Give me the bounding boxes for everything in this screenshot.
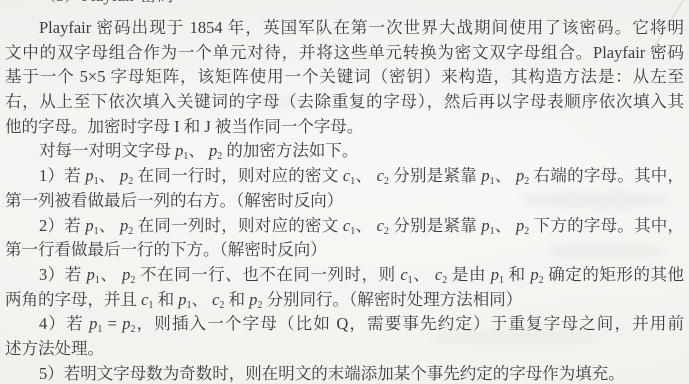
math-variable-p2: p2	[516, 166, 529, 185]
text-line-6: 对每一对明文字母 p1、 p2 的加密方法如下。	[5, 139, 684, 164]
text-run: 分别是紧靠	[389, 216, 481, 235]
text-line-12: 两角的字母，并且 c1 和 p1、 c2 和 p2 分别同行。（解密时处理方法相…	[5, 288, 684, 313]
text-run: 是由	[447, 265, 490, 284]
math-variable-p1: p1	[491, 265, 504, 284]
text-run: 右端的字母。其中，	[529, 166, 684, 185]
text-run: 确定的矩形的其他	[544, 265, 684, 284]
math-variable-p2: p2	[120, 166, 133, 185]
math-variable-c1: c1	[343, 166, 355, 185]
text-run: 、	[99, 166, 120, 185]
text-line-5: 他的字母。加密时字母 I 和 J 被当作同一个字母。	[5, 115, 684, 140]
text-line-3: 基于一个 5×5 字母矩阵，该矩阵使用一个关键词（密钥）来构造，其构造方法是：从…	[5, 65, 684, 90]
text-run: 下方的字母。其中，	[529, 216, 684, 235]
text-run: 他的字母。加密时字母 I 和 J 被当作同一个字母。	[5, 117, 363, 136]
scanned-page: { "page": { "background": "#f2f1ee", "te…	[0, 0, 689, 384]
text-line-7: 1）若 p1、 p2 在同一行时，则对应的密文 c1、 c2 分别是紧靠 p1、…	[5, 164, 684, 189]
text-run: 不在同一行、也不在同一列时，则	[135, 265, 400, 284]
math-variable-p1: p1	[178, 290, 191, 309]
math-variable-p1: p1	[481, 216, 494, 235]
text-run: =	[102, 314, 122, 333]
math-variable-p2: p2	[530, 265, 543, 284]
text-run: 的加密方法如下。	[222, 141, 358, 160]
text-run: 、	[188, 141, 209, 160]
page-background: （3）Playfair 密码 Playfair 密码出现于 1854 年，英国军…	[0, 0, 689, 384]
math-variable-p1: p1	[175, 141, 188, 160]
text-line-15: 5）若明文字母数为奇数时，则在明文的末端添加某个事先约定的字母作为填充。	[5, 362, 684, 384]
text-run: 、	[355, 216, 376, 235]
math-variable-p1: p1	[87, 265, 100, 284]
text-run: 述方法处理。	[5, 339, 104, 358]
text-run: 、	[495, 216, 516, 235]
text-run: 3）若	[39, 265, 87, 284]
math-variable-c1: c1	[343, 216, 355, 235]
math-variable-p1: p1	[85, 166, 98, 185]
text-run: 基于一个 5×5 字母矩阵，该矩阵使用一个关键词（密钥）来构造，其构造方法是：从…	[5, 67, 684, 86]
text-run: 、	[413, 265, 435, 284]
text-run: 分别是紧靠	[389, 166, 481, 185]
text-line-14: 述方法处理。	[5, 337, 684, 362]
math-variable-c2: c2	[377, 166, 389, 185]
section-heading-clipped: （3）Playfair 密码	[39, 0, 174, 6]
text-run: 、	[99, 216, 120, 235]
text-run: 第一行看做最后一行的下方。（解密时反向）	[5, 240, 327, 259]
text-line-1: Playfair 密码出现于 1854 年，英国军队在第一次世界大战期间使用了该…	[5, 16, 684, 41]
text-run: 在同一列时，则对应的密文	[133, 216, 343, 235]
math-variable-p2: p2	[120, 216, 133, 235]
math-variable-p2: p2	[516, 216, 529, 235]
text-run: 5）若明文字母数为奇数时，则在明文的末端添加某个事先约定的字母作为填充。	[39, 364, 625, 383]
text-run: 文中的双字母组合作为一个单元对待，并将这些单元转换为密文双字母组合。Playfa…	[5, 43, 684, 62]
text-run: 分别同行。（解密时处理方法相同）	[262, 290, 522, 309]
text-run: 2）若	[39, 216, 85, 235]
text-run: 4）若	[39, 314, 89, 333]
math-variable-p2: p2	[122, 314, 135, 333]
math-variable-c2: c2	[212, 290, 224, 309]
text-line-10: 第一行看做最后一行的下方。（解密时反向）	[5, 238, 684, 263]
text-run: Playfair 密码出现于 1854 年，英国军队在第一次世界大战期间使用了该…	[39, 18, 684, 37]
math-variable-c2: c2	[377, 216, 389, 235]
math-variable-c1: c1	[141, 290, 153, 309]
text-line-13: 4）若 p1 = p2，则插入一个字母（比如 Q，需要事先约定）于重复字母之间，…	[5, 312, 684, 337]
math-variable-p1: p1	[89, 314, 102, 333]
text-line-2: 文中的双字母组合作为一个单元对待，并将这些单元转换为密文双字母组合。Playfa…	[5, 41, 684, 66]
text-run: 、	[355, 166, 376, 185]
text-run: 、	[191, 290, 212, 309]
text-line-4: 右，从上至下依次填入关键词的字母（去除重复的字母），然后再以字母表顺序依次填入其	[5, 90, 684, 115]
math-variable-p2: p2	[249, 290, 262, 309]
text-line-8: 第一列被看做最后一列的右方。（解密时反向）	[5, 189, 684, 214]
text-run: 1）若	[39, 166, 85, 185]
text-run: 和	[224, 290, 249, 309]
math-variable-c2: c2	[435, 265, 447, 284]
text-run: ，则插入一个字母（比如 Q，需要事先约定）于重复字母之间，并用前	[135, 314, 684, 333]
math-variable-p1: p1	[85, 216, 98, 235]
text-run: 和	[153, 290, 178, 309]
text-line-9: 2）若 p1、 p2 在同一列时，则对应的密文 c1、 c2 分别是紧靠 p1、…	[5, 214, 684, 239]
math-variable-p1: p1	[481, 166, 494, 185]
text-run: 两角的字母，并且	[5, 290, 141, 309]
text-run: 右，从上至下依次填入关键词的字母（去除重复的字母），然后再以字母表顺序依次填入其	[5, 92, 684, 111]
text-run: 、	[100, 265, 122, 284]
text-run: 、	[495, 166, 516, 185]
text-run: 在同一行时，则对应的密文	[133, 166, 343, 185]
document-body: Playfair 密码出现于 1854 年，英国军队在第一次世界大战期间使用了该…	[5, 16, 684, 384]
math-variable-c1: c1	[400, 265, 412, 284]
text-run: 和	[504, 265, 530, 284]
math-variable-p2: p2	[122, 265, 135, 284]
math-variable-p2: p2	[209, 141, 222, 160]
text-run: 第一列被看做最后一列的右方。（解密时反向）	[5, 191, 343, 210]
text-line-11: 3）若 p1、 p2 不在同一行、也不在同一列时，则 c1、 c2 是由 p1 …	[5, 263, 684, 288]
text-run: 对每一对明文字母	[39, 141, 175, 160]
